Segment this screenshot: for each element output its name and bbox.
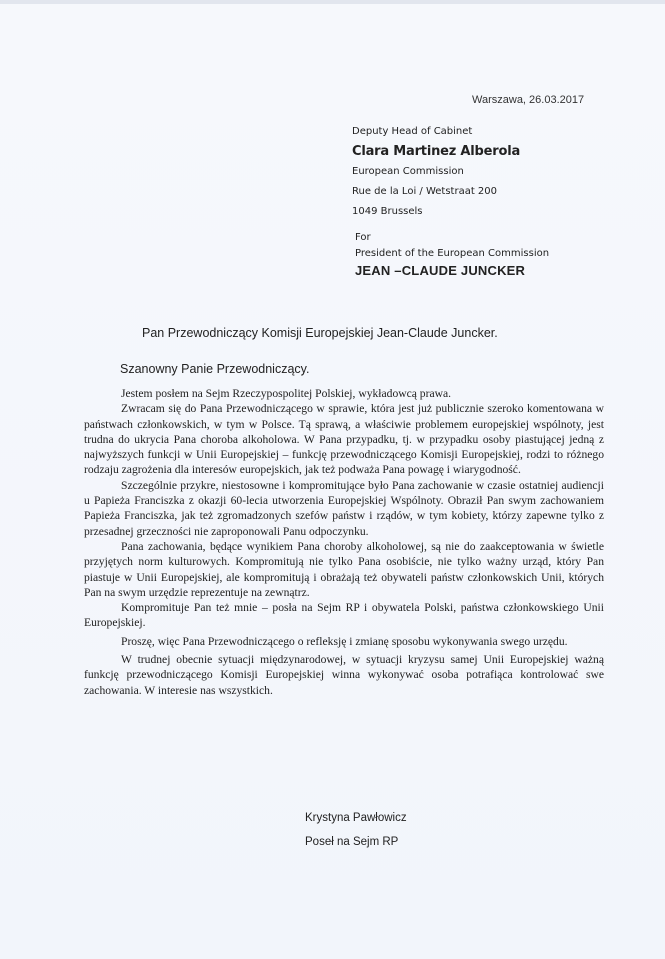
place-date: Warszawa, 26.03.2017: [472, 94, 584, 106]
recipient-name: Clara Martinez Alberola: [352, 142, 549, 162]
greeting: Szanowny Panie Przewodniczący.: [120, 362, 309, 376]
for-name: JEAN –CLAUDE JUNCKER: [355, 262, 549, 280]
addressee-line: Pan Przewodniczący Komisji Europejskiej …: [142, 326, 498, 340]
signature-block: Krystyna Pawłowicz Poseł na Sejm RP: [305, 806, 407, 854]
recipient-city: 1049 Brussels: [352, 202, 549, 222]
paragraph: Kompromituje Pan też mnie – posła na Sej…: [84, 600, 604, 631]
signature-title: Poseł na Sejm RP: [305, 830, 407, 854]
paragraph: Jestem posłem na Sejm Rzeczypospolitej P…: [84, 386, 604, 401]
letter-page: Warszawa, 26.03.2017 Deputy Head of Cabi…: [0, 0, 665, 959]
paragraph: Zwracam się do Pana Przewodniczącego w s…: [84, 401, 604, 477]
paragraph: Szczególnie przykre, niestosowne i kompr…: [84, 478, 604, 539]
recipient-street: Rue de la Loi / Wetstraat 200: [352, 182, 549, 202]
paragraph: Pana zachowania, będące wynikiem Pana ch…: [84, 539, 604, 600]
letter-body: Jestem posłem na Sejm Rzeczypospolitej P…: [84, 386, 604, 698]
for-title: President of the European Commission: [355, 246, 549, 262]
recipient-organization: European Commission: [352, 162, 549, 182]
paragraph: Proszę, więc Pana Przewodniczącego o ref…: [84, 634, 604, 649]
signature-name: Krystyna Pawłowicz: [305, 806, 407, 830]
recipient-position: Deputy Head of Cabinet: [352, 122, 549, 142]
paragraph: W trudnej obecnie sytuacji międzynarodow…: [84, 652, 604, 698]
for-label: For: [355, 230, 549, 246]
recipient-block: Deputy Head of Cabinet Clara Martinez Al…: [352, 122, 549, 280]
page-top-edge: [0, 0, 665, 4]
